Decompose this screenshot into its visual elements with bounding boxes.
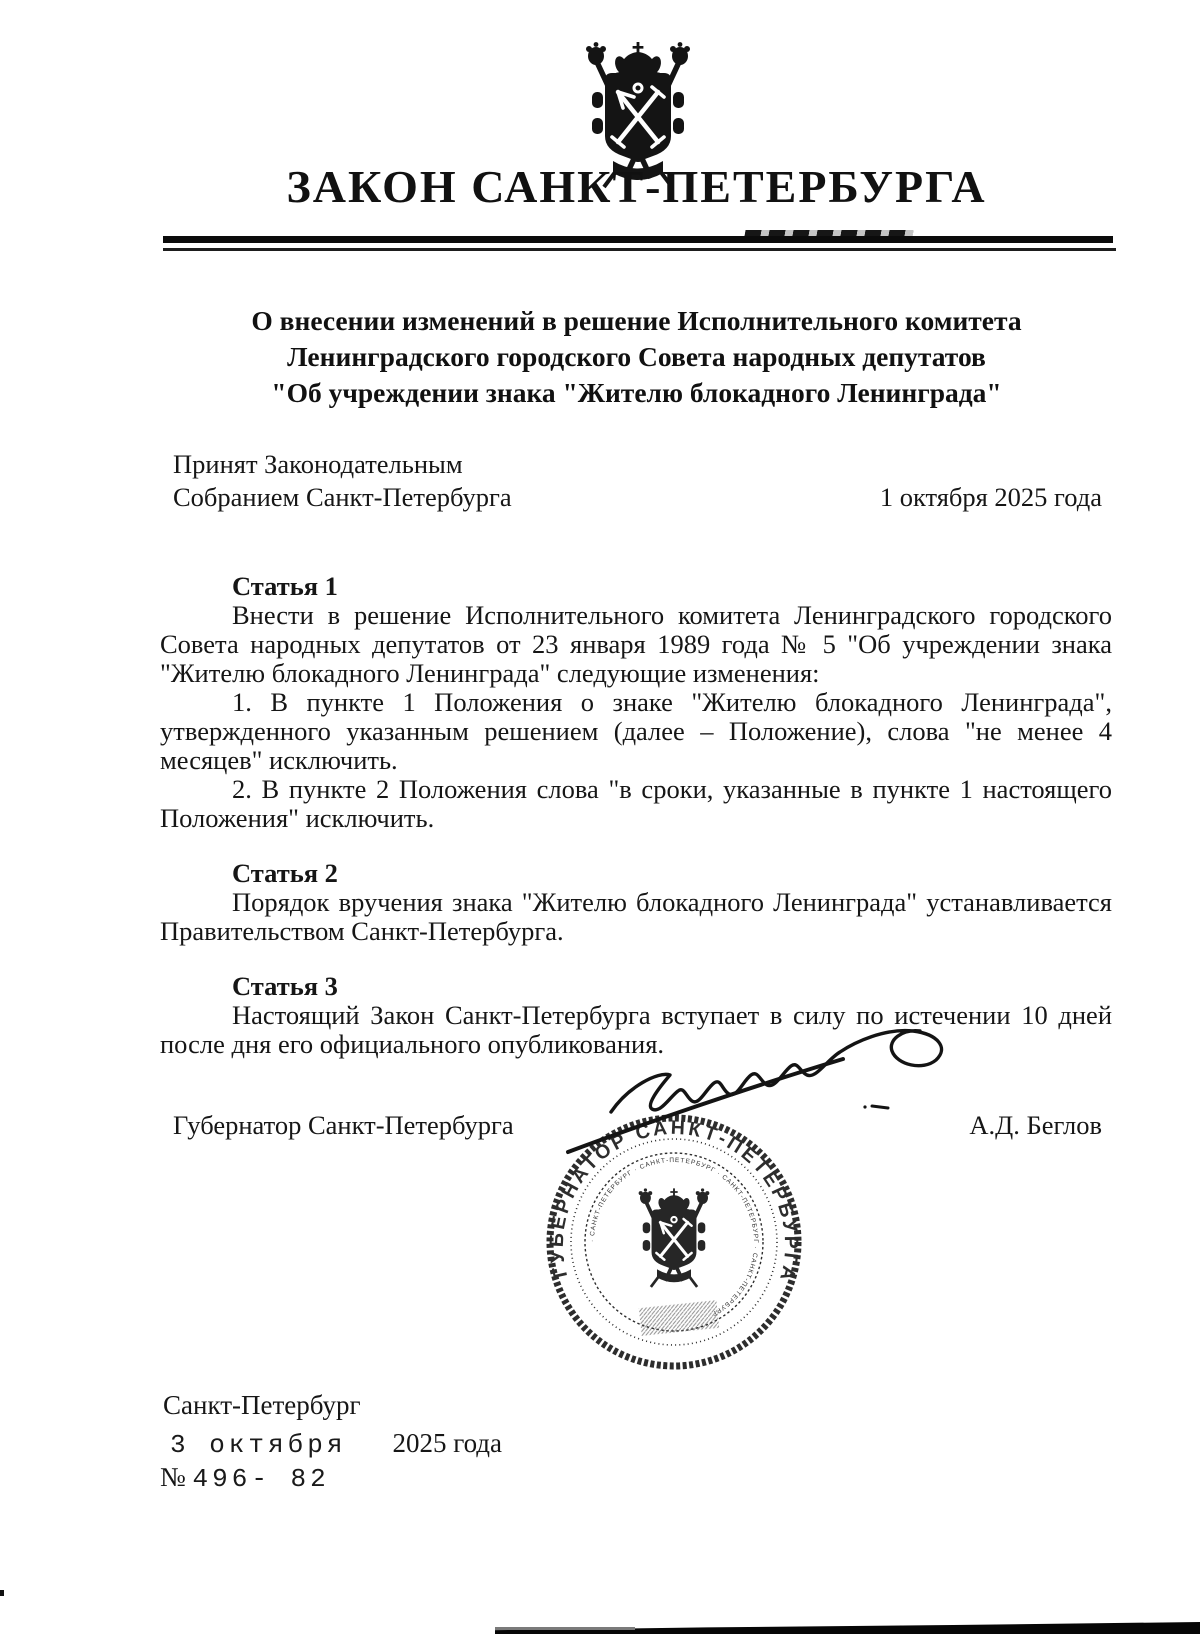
adoption-line-1: Принят Законодательным <box>173 448 512 481</box>
scan-artifact-edge <box>0 1590 4 1596</box>
adoption-authority: Принят Законодательным Собранием Санкт-П… <box>173 448 512 514</box>
document-title-line-3: "Об учреждении знака "Жителю блокадного … <box>160 375 1113 411</box>
article-2: Статья 2 Порядок вручения знака "Жителю … <box>160 859 1112 946</box>
article-3-heading: Статья 3 <box>160 972 1112 1001</box>
footer-number-sign: № <box>160 1462 186 1492</box>
document-title-line-1: О внесении изменений в решение Исполните… <box>160 303 1113 339</box>
signer-position: Губернатор Санкт-Петербурга <box>173 1110 514 1141</box>
law-body: Статья 1 Внести в решение Исполнительног… <box>160 572 1112 1059</box>
article-1: Статья 1 Внести в решение Исполнительног… <box>160 572 1112 833</box>
footer-date-year: 2025 года <box>392 1428 502 1458</box>
article-1-paragraph: 2. В пункте 2 Положения слова "в сроки, … <box>160 775 1112 833</box>
article-1-paragraph: Внести в решение Исполнительного комитет… <box>160 601 1112 688</box>
signer-name: А.Д. Беглов <box>969 1110 1102 1141</box>
header-rule-thin <box>163 248 1116 251</box>
article-1-paragraph: 1. В пункте 1 Положения о знаке "Жителю … <box>160 688 1112 775</box>
footer-date-stamp: 3 октября <box>170 1430 346 1460</box>
article-2-heading: Статья 2 <box>160 859 1112 888</box>
footer-date: 3 октября2025 года <box>170 1428 502 1460</box>
article-1-heading: Статья 1 <box>160 572 1112 601</box>
document-title-line-2: Ленинградского городского Совета народны… <box>160 339 1113 375</box>
document-title: О внесении изменений в решение Исполните… <box>160 303 1113 411</box>
governor-signature <box>540 1015 970 1175</box>
seal-ink-smudge <box>639 1300 719 1336</box>
adoption-line-2: Собранием Санкт-Петербурга <box>173 481 512 514</box>
adoption-date: 1 октября 2025 года <box>880 481 1102 514</box>
article-2-paragraph: Порядок вручения знака "Жителю блокадног… <box>160 888 1112 946</box>
header-rule-thick <box>163 236 1113 243</box>
seal-center-crest <box>639 1188 710 1287</box>
law-header-title: ЗАКОН САНКТ-ПЕТЕРБУРГА <box>160 160 1113 213</box>
footer-city: Санкт-Петербург <box>163 1390 361 1421</box>
law-document-page: ЗАКОН САНКТ-ПЕТЕРБУРГА О внесении измене… <box>0 0 1200 1634</box>
adoption-block: Принят Законодательным Собранием Санкт-П… <box>173 448 1102 514</box>
scan-artifact-bottom-gray <box>495 1627 635 1630</box>
scan-smudge <box>744 230 913 236</box>
footer-number: № 496- 82 <box>160 1462 330 1494</box>
footer-number-stamp: 496- 82 <box>193 1464 330 1494</box>
